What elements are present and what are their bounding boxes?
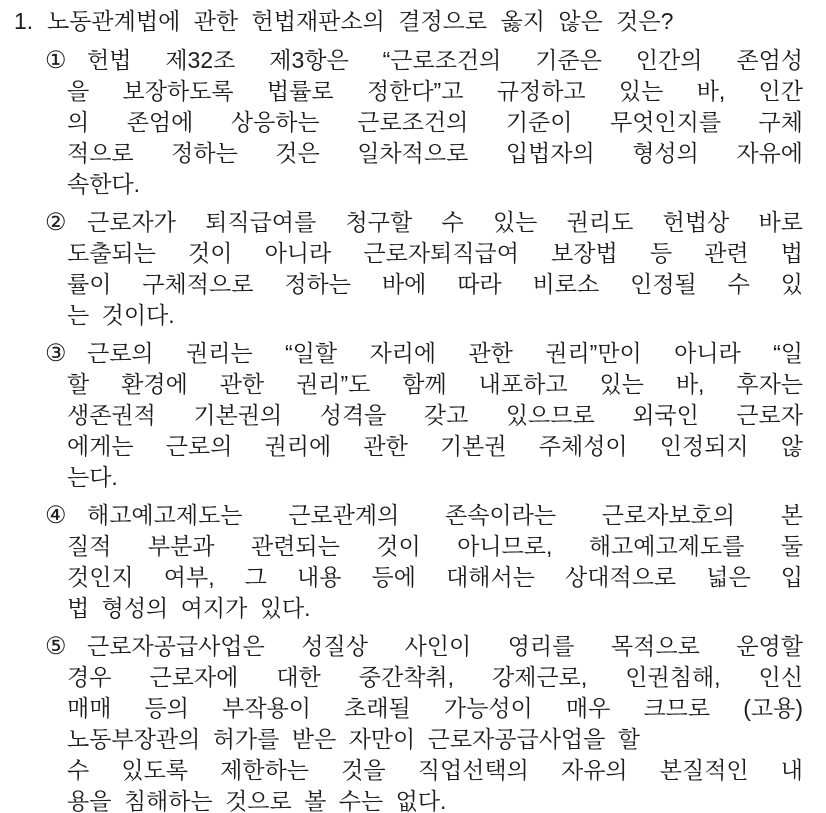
option-4-line-4: 법 형성의 여지가 있다. [67,593,803,624]
option-1-line-5: 속한다. [67,169,803,200]
option-4: ④ 해고예고제도는 근로관계의 존속이라는 근로자보호의 본 질적 부분과 관련… [14,500,803,624]
option-5: ⑤ 근로자공급사업은 성질상 사인이 영리를 목적으로 운영할 경우 근로자에 … [14,631,803,813]
option-2-text: 근로자가 퇴직급여를 청구할 수 있는 권리도 헌법상 바로 도출되는 것이 아… [67,207,803,331]
option-3-line-1: 근로의 권리는 “일할 자리에 관한 권리”만이 아니라 “일 [67,338,803,369]
option-3-circled-number: ③ [45,338,67,369]
option-2-line-3: 률이 구체적으로 정하는 바에 따라 비로소 인정될 수 있 [67,269,803,300]
option-1: ① 헌법 제32조 제3항은 “근로조건의 기준은 인간의 존엄성 을 보장하도… [14,45,803,200]
option-5-line-1: 근로자공급사업은 성질상 사인이 영리를 목적으로 운영할 [67,631,803,662]
question-title-row: 1. 노동관계법에 관한 헌법재판소의 결정으로 옳지 않은 것은? [14,6,803,37]
option-1-line-4: 적으로 정하는 것은 일차적으로 입법자의 형성의 자유에 [67,138,803,169]
option-4-circled-number: ④ [45,500,67,531]
option-5-line-6: 용을 침해하는 것으로 볼 수는 없다. [67,786,803,813]
question-title: 노동관계법에 관한 헌법재판소의 결정으로 옳지 않은 것은? [47,6,803,37]
question-number: 1. [14,6,47,37]
option-1-circled-number: ① [45,45,67,76]
option-3-line-3: 생존권적 기본권의 성격을 갖고 있으므로 외국인 근로자 [67,400,803,431]
option-4-line-2: 질적 부분과 관련되는 것이 아니므로, 해고예고제도를 둘 [67,531,803,562]
option-5-line-5: 수 있도록 제한하는 것을 직업선택의 자유의 본질적인 내 [67,755,803,786]
option-4-text: 해고예고제도는 근로관계의 존속이라는 근로자보호의 본 질적 부분과 관련되는… [67,500,803,624]
option-2-circled-number: ② [45,207,67,238]
option-1-text: 헌법 제32조 제3항은 “근로조건의 기준은 인간의 존엄성 을 보장하도록 … [67,45,803,200]
option-5-line-4: 노동부장관의 허가를 받은 자만이 근로자공급사업을 할 [67,724,803,755]
option-3-line-2: 할 환경에 관한 권리”도 함께 내포하고 있는 바, 후자는 [67,369,803,400]
option-5-circled-number: ⑤ [45,631,67,662]
option-1-line-1: 헌법 제32조 제3항은 “근로조건의 기준은 인간의 존엄성 [67,45,803,76]
option-2-line-1: 근로자가 퇴직급여를 청구할 수 있는 권리도 헌법상 바로 [67,207,803,238]
option-3: ③ 근로의 권리는 “일할 자리에 관한 권리”만이 아니라 “일 할 환경에 … [14,338,803,493]
option-1-line-2: 을 보장하도록 법률로 정한다”고 규정하고 있는 바, 인간 [67,76,803,107]
option-5-line-3: 매매 등의 부작용이 초래될 가능성이 매우 크므로 (고용) [67,693,803,724]
option-3-text: 근로의 권리는 “일할 자리에 관한 권리”만이 아니라 “일 할 환경에 관한… [67,338,803,493]
option-1-line-3: 의 존엄에 상응하는 근로조건의 기준이 무엇인지를 구체 [67,107,803,138]
option-4-line-1: 해고예고제도는 근로관계의 존속이라는 근로자보호의 본 [67,500,803,531]
exam-question-page: 1. 노동관계법에 관한 헌법재판소의 결정으로 옳지 않은 것은? ① 헌법 … [0,0,826,813]
option-3-line-4: 에게는 근로의 권리에 관한 기본권 주체성이 인정되지 않 [67,431,803,462]
option-5-text: 근로자공급사업은 성질상 사인이 영리를 목적으로 운영할 경우 근로자에 대한… [67,631,803,813]
option-3-line-5: 는다. [67,462,803,493]
option-2: ② 근로자가 퇴직급여를 청구할 수 있는 권리도 헌법상 바로 도출되는 것이… [14,207,803,331]
option-5-line-2: 경우 근로자에 대한 중간착취, 강제근로, 인권침해, 인신 [67,662,803,693]
option-2-line-2: 도출되는 것이 아니라 근로자퇴직급여 보장법 등 관련 법 [67,238,803,269]
option-4-line-3: 것인지 여부, 그 내용 등에 대해서는 상대적으로 넓은 입 [67,562,803,593]
option-2-line-4: 는 것이다. [67,300,803,331]
